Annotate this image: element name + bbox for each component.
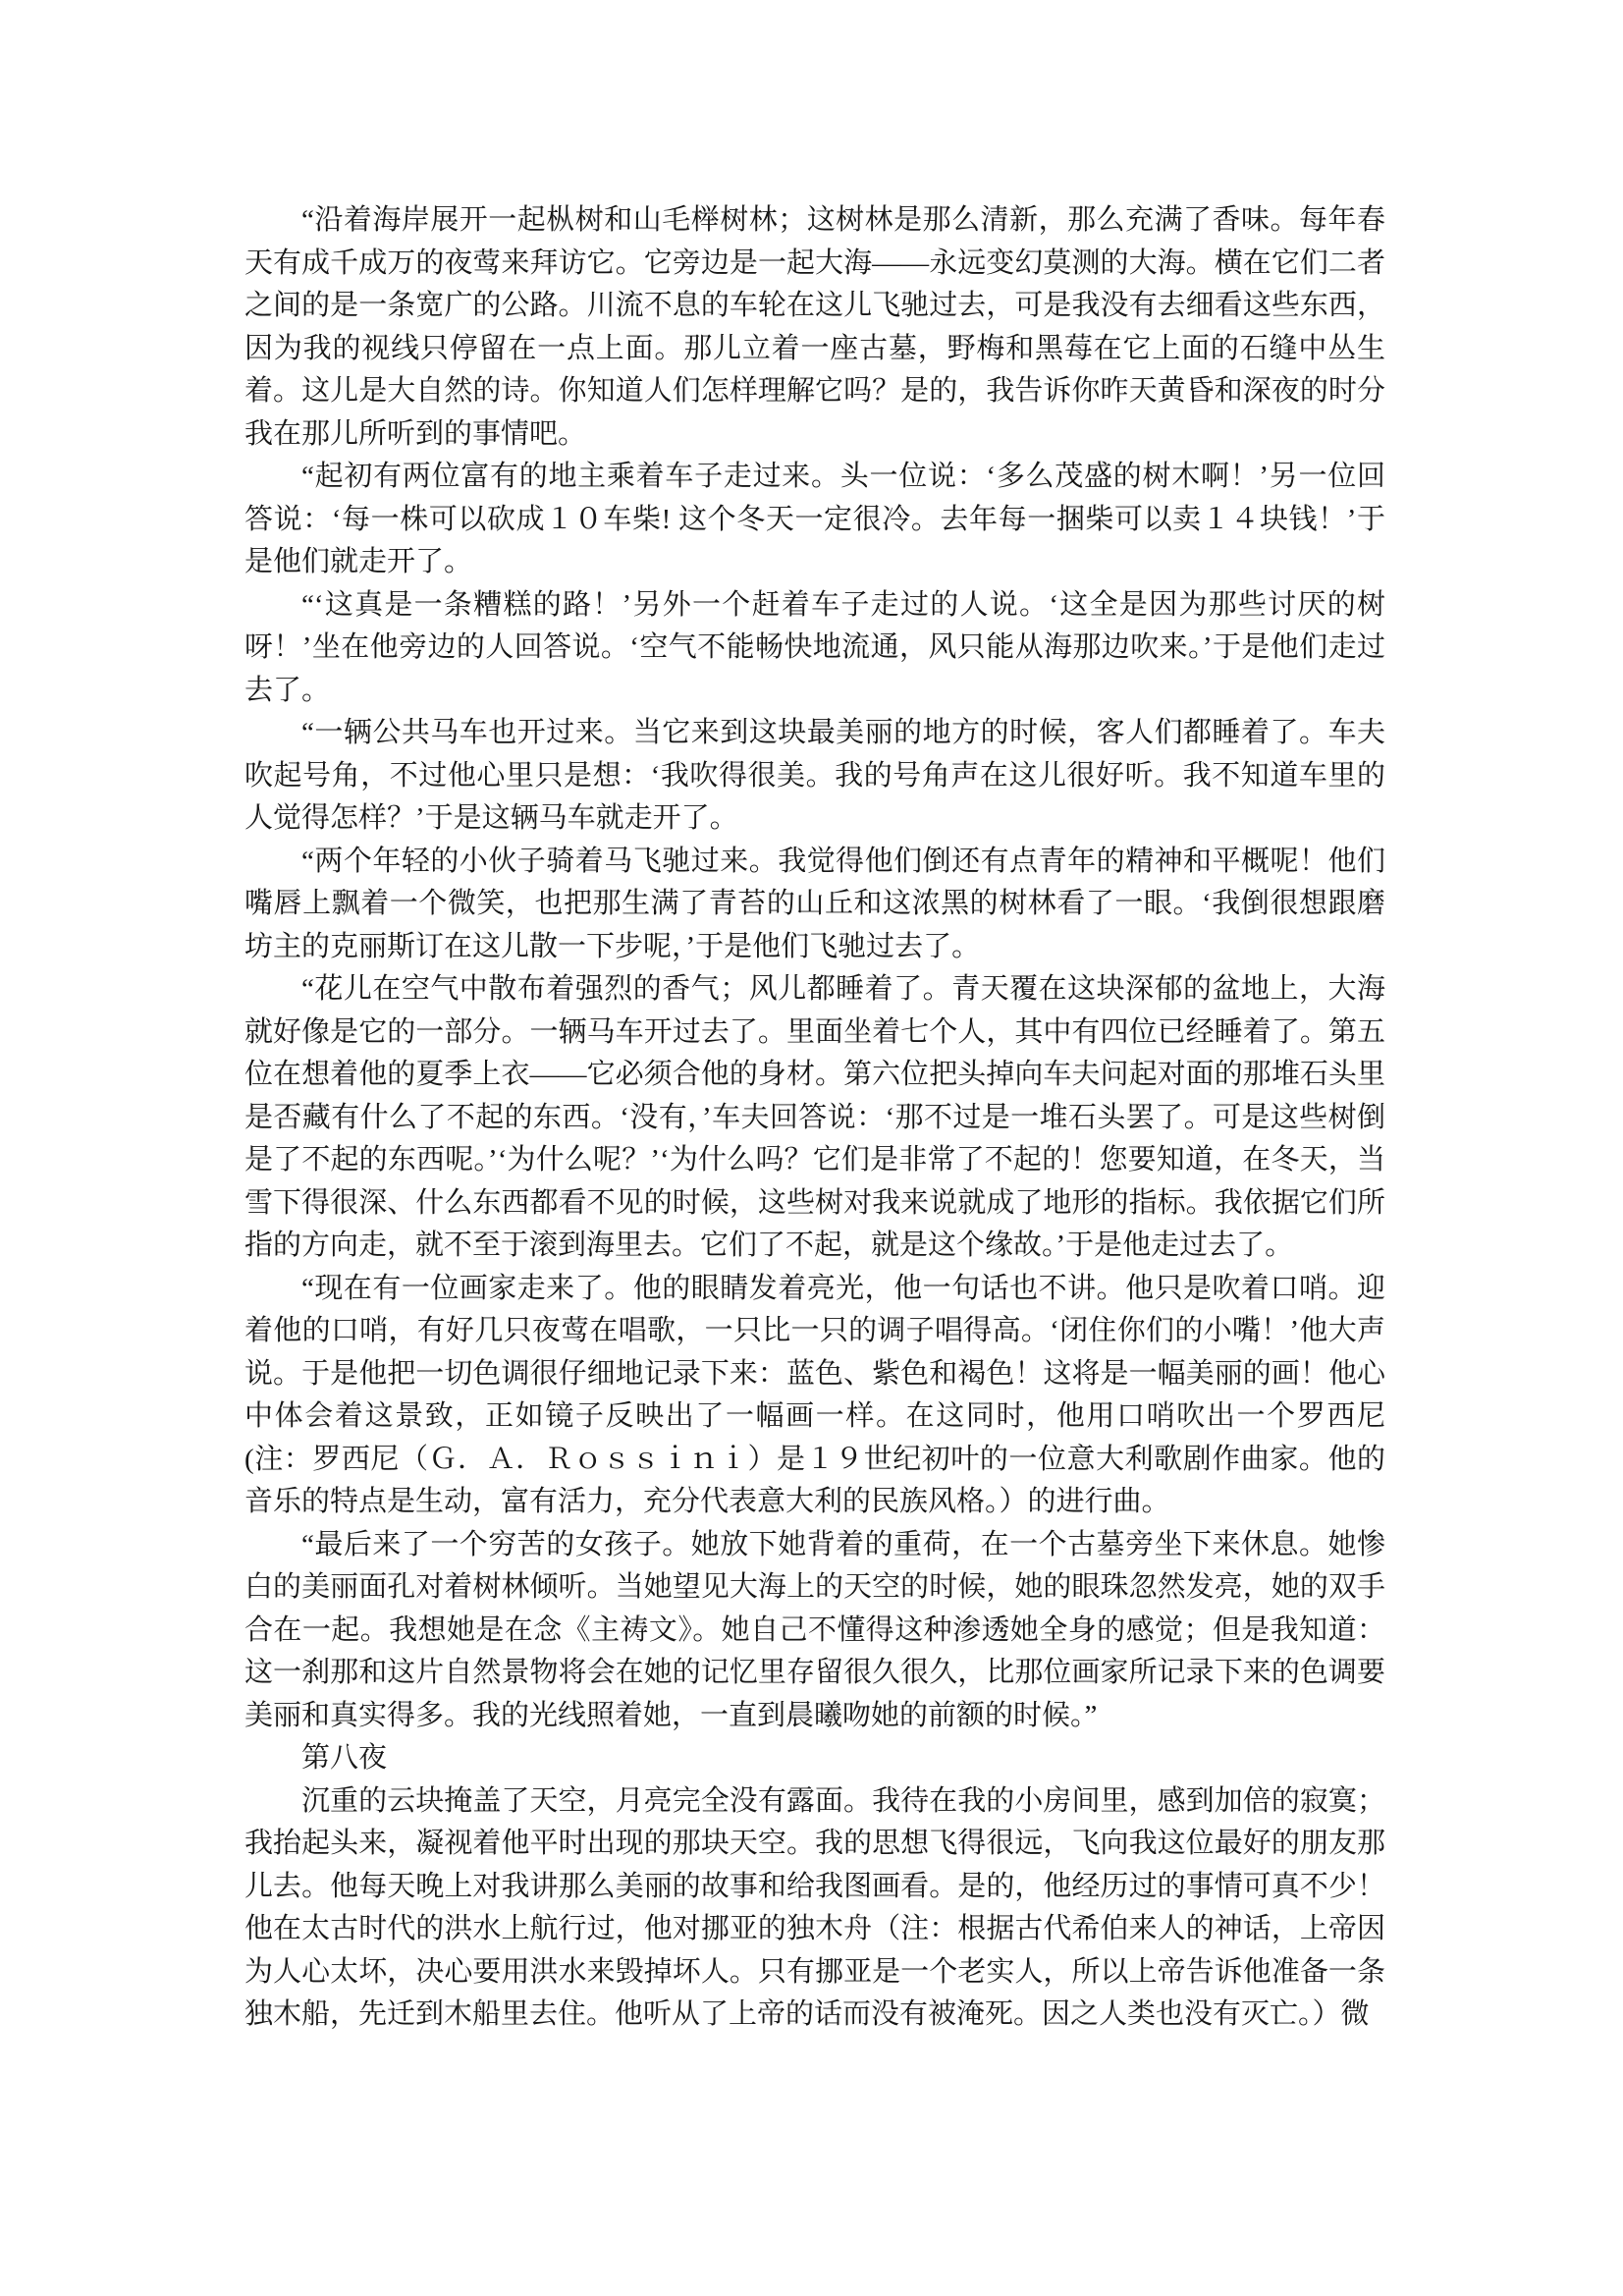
paragraph-5: “两个年轻的小伙子骑着马飞驰过来。我觉得他们倒还有点青年的精神和平概呢！他们嘴唇… <box>244 841 1385 969</box>
paragraph-2: “起初有两位富有的地主乘着车子走过来。头一位说：‘多么茂盛的树木啊！’另一位回答… <box>244 456 1385 584</box>
paragraph-3: “‘这真是一条糟糕的路！’另外一个赶着车子走过的人说。‘这全是因为那些讨厌的树呀… <box>244 584 1385 713</box>
document-page: “沿着海岸展开一起枞树和山毛榉树林；这树林是那么清新，那么充满了香味。每年春天有… <box>0 0 1623 2296</box>
paragraph-7: “现在有一位画家走来了。他的眼睛发着亮光，他一句话也不讲。他只是吹着口哨。迎着他… <box>244 1268 1385 1524</box>
paragraph-9: 沉重的云块掩盖了天空，月亮完全没有露面。我待在我的小房间里，感到加倍的寂寞；我抬… <box>244 1780 1385 2037</box>
text-block: “沿着海岸展开一起枞树和山毛榉树林；这树林是那么清新，那么充满了香味。每年春天有… <box>244 199 1385 2037</box>
paragraph-6: “花儿在空气中散布着强烈的香气；风儿都睡着了。青天覆在这块深郁的盆地上，大海就好… <box>244 968 1385 1268</box>
eighth-night-heading: 第八夜 <box>244 1737 1385 1780</box>
paragraph-4: “一辆公共马车也开过来。当它来到这块最美丽的地方的时候，客人们都睡着了。车夫吹起… <box>244 712 1385 841</box>
paragraph-1: “沿着海岸展开一起枞树和山毛榉树林；这树林是那么清新，那么充满了香味。每年春天有… <box>244 199 1385 456</box>
paragraph-8: “最后来了一个穷苦的女孩子。她放下她背着的重荷，在一个古墓旁坐下来休息。她惨白的… <box>244 1524 1385 1738</box>
